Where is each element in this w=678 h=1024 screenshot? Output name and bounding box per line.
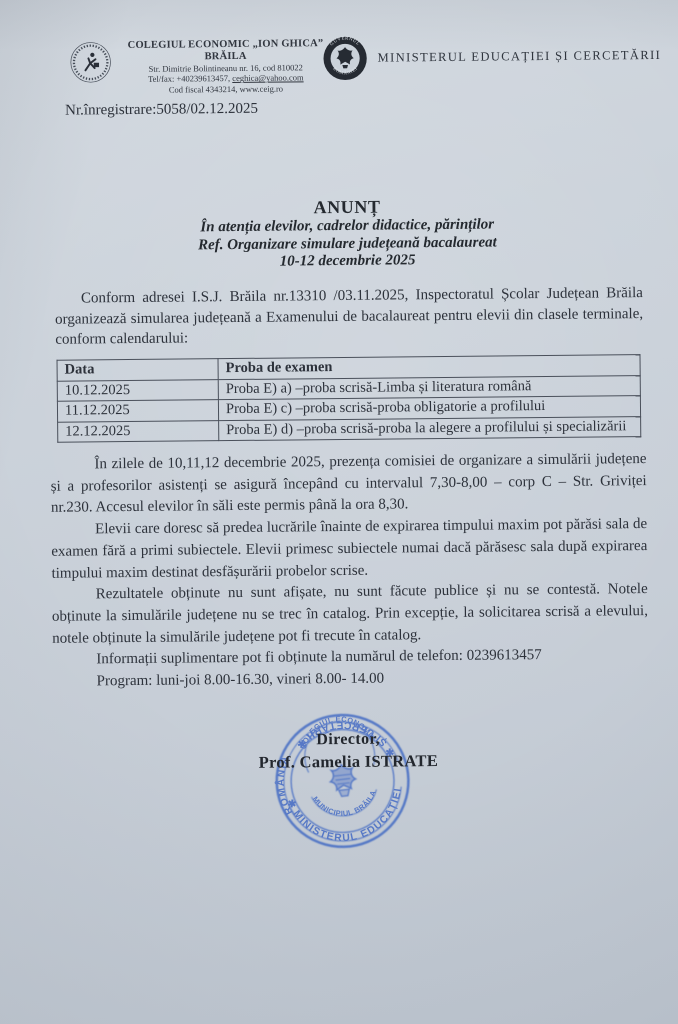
signature-name: Prof. Camelia ISTRATE <box>108 750 588 775</box>
column-header-data: Data <box>57 359 218 381</box>
school-phone: Tel/fax: +40239613457, <box>148 73 232 84</box>
signature-role: Director, <box>108 729 588 752</box>
registration-number: Nr.înregistrare:5058/02.12.2025 <box>65 101 258 120</box>
school-info-block: COLEGIUL ECONOMIC „ION GHICA” BRĂILA Str… <box>114 38 337 95</box>
scanned-document: COLEGIUL ECONOMIC „ION GHICA” BRĂILA Str… <box>0 0 678 1024</box>
school-seal-icon <box>68 40 112 84</box>
school-fiscal-line: Cod fiscal 4343214, www.ceig.ro <box>115 83 337 95</box>
ministry-name: MINISTERUL EDUCAȚIEI ȘI CERCETĂRII <box>378 48 662 66</box>
announcement-title-block: ANUNȚ În atenția elevilor, cadrelor dida… <box>28 194 667 274</box>
paragraph-program: Program: luni-joi 8.00-16.30, vineri 8.0… <box>53 666 649 693</box>
cell-date: 12.12.2025 <box>58 420 219 442</box>
paragraph-schedule: În zilele de 10,11,12 decembrie 2025, pr… <box>50 449 647 520</box>
cell-date: 11.12.2025 <box>57 400 218 422</box>
government-emblem-icon: GUVERNUL ROMÂNIEI <box>321 35 368 82</box>
intro-paragraph: Conform adresei I.S.J. Brăila nr.13310 /… <box>55 283 644 350</box>
paragraph-results: Rezultatele obținute nu sunt afișate, nu… <box>52 579 649 650</box>
cell-exam: Proba E) d) –proba scrisă-proba la alege… <box>219 416 641 441</box>
signature-block: Director, Prof. Camelia ISTRATE <box>108 729 588 775</box>
exam-calendar-table: Data Proba de examen 10.12.2025 Proba E)… <box>57 354 642 443</box>
school-name: COLEGIUL ECONOMIC „ION GHICA” BRĂILA <box>114 38 336 64</box>
school-email-link: ceghica@yahoo.com <box>232 73 303 84</box>
cell-date: 10.12.2025 <box>57 379 218 401</box>
body-text: În zilele de 10,11,12 decembrie 2025, pr… <box>50 449 648 693</box>
school-phone-line: Tel/fax: +40239613457, ceghica@yahoo.com <box>115 72 337 84</box>
paragraph-rules: Elevii care doresc să predea lucrările î… <box>51 514 648 585</box>
official-stamp-icon: ✱ MINISTERUL EDUCAȚIEI ✱ ȘI CERCETĂRII ✱… <box>263 701 422 860</box>
document-header: COLEGIUL ECONOMIC „ION GHICA” BRĂILA Str… <box>0 0 674 3</box>
table-row: 12.12.2025 Proba E) d) –proba scrisă-pro… <box>58 416 641 442</box>
